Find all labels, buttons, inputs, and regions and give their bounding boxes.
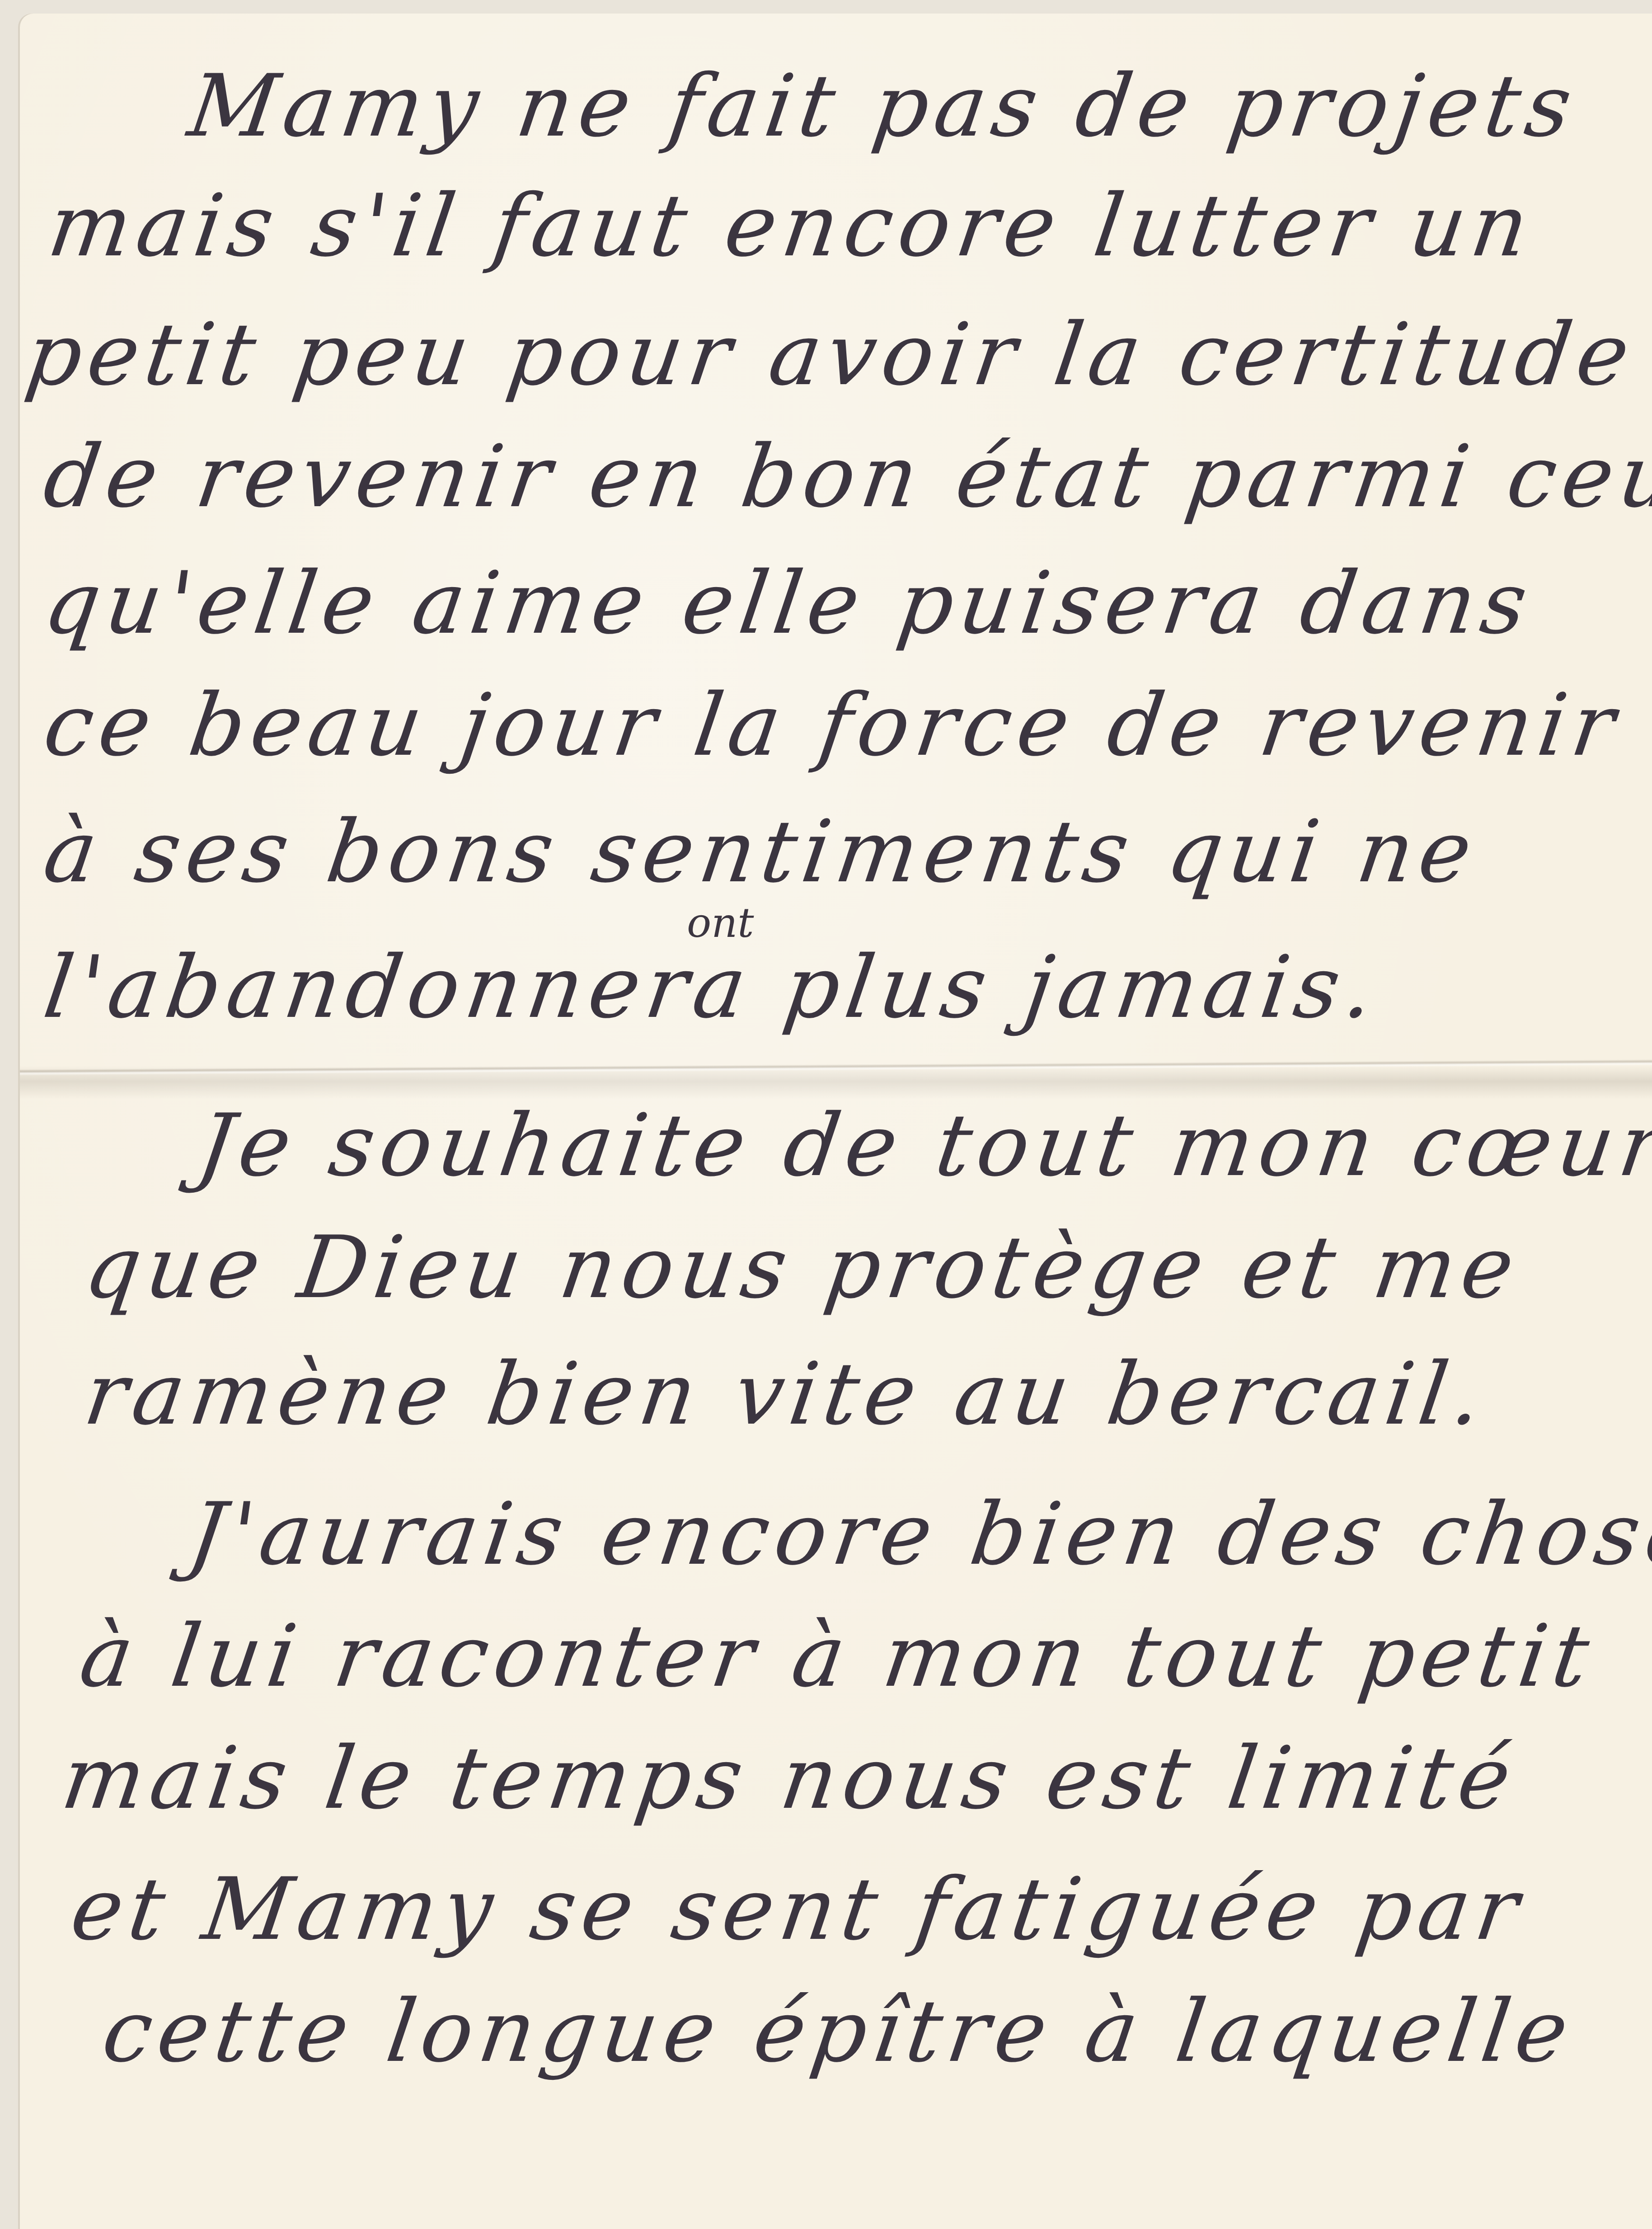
handwritten-line: mais le temps nous est limité (57, 1735, 1522, 1821)
handwritten-line: J'aurais encore bien des choses (184, 1491, 1652, 1577)
handwritten-line: et Mamy se sent fatiguée par (66, 1867, 1530, 1952)
handwritten-line: à ses bons sentiments qui ne (39, 809, 1483, 895)
handwritten-line: de revenir en bon état parmi ceux (39, 434, 1652, 520)
handwritten-line: que Dieu nous protège et me (80, 1225, 1525, 1311)
handwritten-line: à lui raconter à mon tout petit (75, 1613, 1600, 1699)
handwritten-line: Mamy ne fait pas de projets (184, 63, 1583, 149)
handwritten-line: petit peu pour avoir la certitude (21, 312, 1641, 398)
handwritten-line: l'abandonnera plus jamais. (39, 945, 1385, 1030)
handwritten-line: qu'elle aime elle puisera dans (39, 560, 1539, 646)
handwritten-line: Je souhaite de tout mon cœur (193, 1103, 1652, 1189)
handwritten-line: cette longue épître à laquelle (98, 1989, 1579, 2074)
handwritten-line: ce beau jour la force de revenir (39, 682, 1626, 768)
handwritten-line: mais s'il faut encore lutter un (44, 183, 1540, 269)
handwritten-line: ramène bien vite au bercail. (80, 1351, 1493, 1437)
